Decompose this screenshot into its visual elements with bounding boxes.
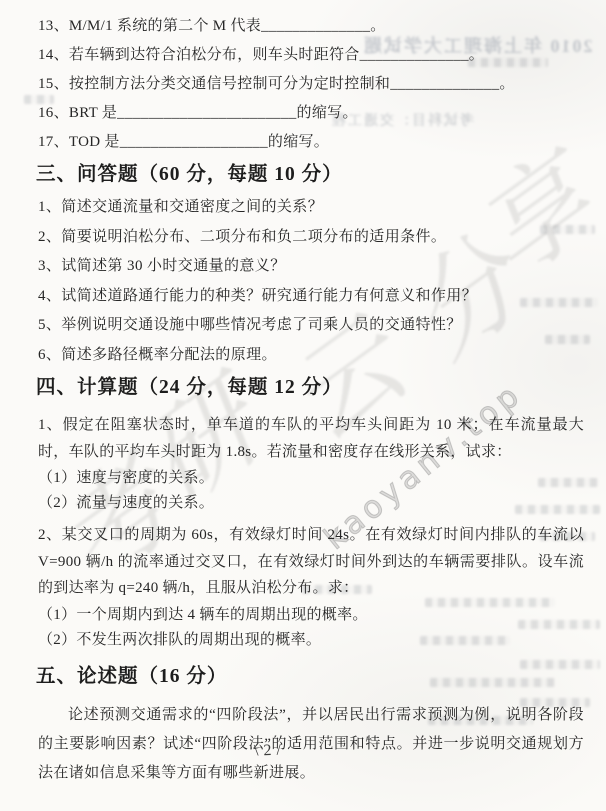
short-answer-question-1: 1、简述交通流量和交通密度之间的关系？ bbox=[38, 199, 584, 216]
essay-prompt: 论述预测交通需求的“四阶段法”，并以居民出行需求预测为例，说明各阶段的主要影响因… bbox=[38, 701, 584, 788]
scanned-exam-page: 2010 年上海理工大学试题 考试科目：交通工程 考 研 云 分 享 kaoya… bbox=[0, 0, 606, 811]
calc-subpart: （1）速度与密度的关系。 bbox=[38, 466, 584, 491]
fill-in-question-13: 13、M/M/1 系统的第二个 M 代表______________。 bbox=[38, 18, 584, 35]
fill-in-question-14: 14、若车辆到达符合泊松分布，则车头时距符合______________。 bbox=[38, 47, 584, 64]
calc-problem-2: 2、某交叉口的周期为 60s，有效绿灯时间 24s。在有效绿灯时间内排队的车流以… bbox=[38, 522, 584, 653]
calc-problem-1: 1、假定在阻塞状态时，单车道的车队的平均车头间距为 10 米；在车流量最大时，车… bbox=[38, 412, 584, 516]
fill-in-question-16: 16、BRT 是_______________________的缩写。 bbox=[38, 105, 584, 122]
calc-problem-stem: 2、某交叉口的周期为 60s，有效绿灯时间 24s。在有效绿灯时间内排队的车流以… bbox=[38, 522, 584, 602]
fill-in-question-17: 17、TOD 是___________________的缩写。 bbox=[38, 134, 584, 151]
section-heading-calculation: 四、计算题（24 分，每题 12 分） bbox=[36, 376, 584, 400]
section-heading-essay: 五、论述题（16 分） bbox=[36, 665, 584, 689]
exam-content: 13、M/M/1 系统的第二个 M 代表______________。 14、若… bbox=[38, 18, 584, 788]
calc-problem-stem: 1、假定在阻塞状态时，单车道的车队的平均车头间距为 10 米；在车流量最大时，车… bbox=[38, 412, 584, 465]
short-answer-question-4: 4、试简述道路通行能力的种类？研究通行能力有何意义和作用？ bbox=[38, 288, 584, 305]
short-answer-question-2: 2、简要说明泊松分布、二项分布和负二项分布的适用条件。 bbox=[38, 229, 584, 246]
fill-in-question-15: 15、按控制方法分类交通信号控制可分为定时控制和______________。 bbox=[38, 76, 584, 93]
section-heading-short-answer: 三、问答题（60 分，每题 10 分） bbox=[36, 163, 584, 187]
calc-subpart: （1）一个周期内到达 4 辆车的周期出现的概率。 bbox=[38, 603, 584, 628]
short-answer-question-3: 3、试简述第 30 小时交通量的意义？ bbox=[38, 258, 584, 275]
short-answer-question-6: 6、简述多路径概率分配法的原理。 bbox=[38, 347, 584, 364]
short-answer-question-5: 5、举例说明交通设施中哪些情况考虑了司乘人员的交通特性？ bbox=[38, 317, 584, 334]
calc-subpart: （2）不发生两次排队的周期出现的概率。 bbox=[38, 628, 584, 653]
calc-subpart: （2）流量与速度的关系。 bbox=[38, 491, 584, 516]
page-number: \2/ bbox=[254, 741, 286, 760]
